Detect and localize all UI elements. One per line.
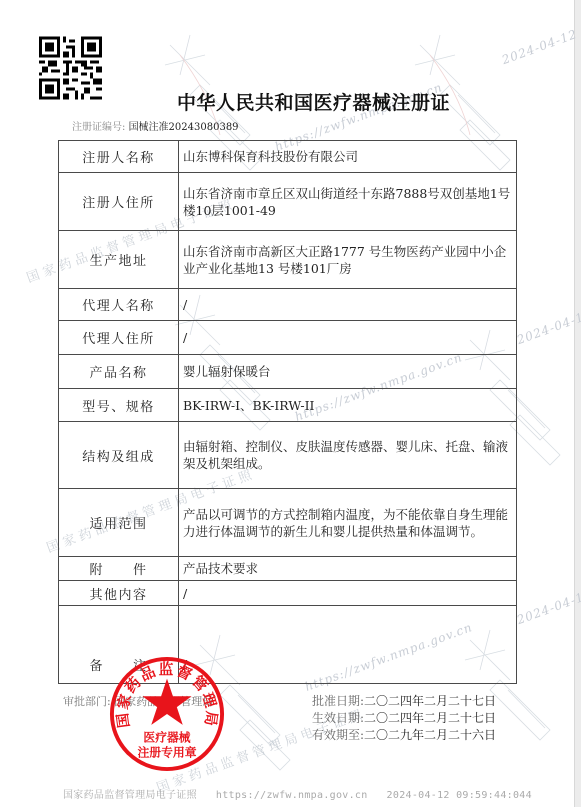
row-value: 由辐射箱、控制仪、皮肤温度传感器、婴儿床、托盘、输液架及机架组成。 [179, 422, 517, 489]
approval-date-label: 批准日期: [312, 694, 364, 708]
row-value: 产品以可调节的方式控制箱内温度，为不能依靠自身生理能力进行体温调节的新生儿和婴儿… [179, 489, 517, 557]
registration-number-value: 国械注准20243080389 [129, 122, 239, 133]
effective-date: 生效日期:二〇二四年二月二十七日 [312, 710, 496, 727]
row-value: 山东省济南市章丘区双山街道经十东路7888号双创基地1号楼10层1001-49 [179, 173, 517, 231]
table-row: 注册人住所 山东省济南市章丘区双山街道经十东路7888号双创基地1号楼10层10… [59, 173, 517, 231]
approval-date-value: 二〇二四年二月二十七日 [364, 694, 496, 708]
row-label: 产品名称 [59, 355, 179, 389]
table-row: 代理人名称 / [59, 289, 517, 321]
approval-department-label: 审批部门: [63, 695, 111, 708]
table-row: 产品名称 婴儿辐射保暖台 [59, 355, 517, 389]
approval-date: 批准日期:二〇二四年二月二十七日 [312, 693, 496, 710]
row-label: 代理人住所 [59, 321, 179, 355]
table-row: 生产地址 山东省济南市高新区大正路1777 号生物医药产业园中小企业产业化基地1… [59, 231, 517, 289]
table-row: 代理人住所 / [59, 321, 517, 355]
row-value: / [179, 581, 517, 606]
row-label: 适用范围 [59, 489, 179, 557]
row-value: 婴儿辐射保暖台 [179, 355, 517, 389]
approval-dates: 批准日期:二〇二四年二月二十七日 生效日期:二〇二四年二月二十七日 有效期至:二… [312, 693, 496, 744]
effective-date-value: 二〇二四年二月二十七日 [364, 711, 496, 725]
registration-number-label: 注册证编号: [72, 122, 125, 133]
effective-date-label: 生效日期: [312, 711, 364, 725]
valid-until-label: 有效期至: [312, 728, 364, 742]
row-label: 注册人名称 [59, 141, 179, 173]
footer-url: https://zwfw.nmpa.gov.cn [216, 790, 368, 801]
table-row: 附 件 产品技术要求 [59, 557, 517, 581]
table-row: 结构及组成 由辐射箱、控制仪、皮肤温度传感器、婴儿床、托盘、输液架及机架组成。 [59, 422, 517, 489]
footer-issuer: 国家药品监督管理局电子证照 [63, 790, 197, 801]
valid-until: 有效期至:二〇二九年二月二十六日 [312, 727, 496, 744]
row-label: 生产地址 [59, 231, 179, 289]
row-value: 山东省济南市高新区大正路1777 号生物医药产业园中小企业产业化基地13 号楼1… [179, 231, 517, 289]
row-value: BK-IRW-I、BK-IRW-II [179, 389, 517, 422]
row-label: 附 件 [59, 557, 179, 581]
certificate-table: 注册人名称 山东博科保育科技股份有限公司 注册人住所 山东省济南市章丘区双山街道… [58, 140, 517, 684]
footer-e-license: 国家药品监督管理局电子证照 https://zwfw.nmpa.gov.cn 2… [63, 786, 532, 801]
row-value: 产品技术要求 [179, 557, 517, 581]
row-label: 结构及组成 [59, 422, 179, 489]
row-value: / [179, 289, 517, 321]
row-value: / [179, 606, 517, 684]
table-row: 注册人名称 山东博科保育科技股份有限公司 [59, 141, 517, 173]
row-label: 代理人名称 [59, 289, 179, 321]
row-value: 山东博科保育科技股份有限公司 [179, 141, 517, 173]
registration-number: 注册证编号: 国械注准20243080389 [72, 118, 239, 133]
page-edge [574, 0, 581, 807]
table-row: 适用范围 产品以可调节的方式控制箱内温度，为不能依靠自身生理能力进行体温调节的新… [59, 489, 517, 557]
official-seal-icon: 国家药品监督管理局 医疗器械 注册专用章 [108, 655, 226, 773]
row-label: 其他内容 [59, 581, 179, 606]
row-value: / [179, 321, 517, 355]
footer-timestamp: 2024-04-12 09:59:44:044 [387, 790, 532, 801]
seal-center-line1: 医疗器械 [143, 731, 190, 745]
certificate-title: 中华人民共和国医疗器械注册证 [0, 88, 581, 115]
row-label: 型号、规格 [59, 389, 179, 422]
valid-until-value: 二〇二九年二月二十六日 [364, 728, 496, 742]
row-label: 注册人住所 [59, 173, 179, 231]
table-row: 型号、规格 BK-IRW-I、BK-IRW-II [59, 389, 517, 422]
seal-center-line2: 注册专用章 [138, 745, 197, 759]
table-row: 其他内容 / [59, 581, 517, 606]
